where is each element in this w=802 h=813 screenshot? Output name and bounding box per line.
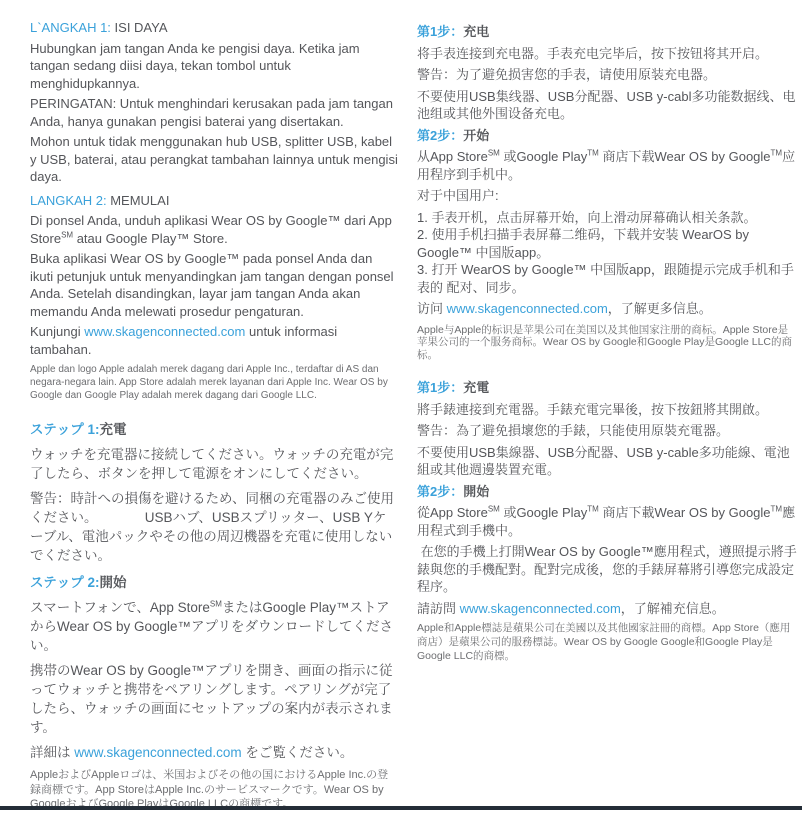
body-paragraph: 從App StoreSM 或Google PlayTM 商店下載Wear OS …: [417, 504, 797, 539]
section-japanese: ステップ 1:充電ウォッチを充電器に接続してください。ウォッチの充電が完了したら…: [30, 420, 398, 812]
body-paragraph: 对于中国用户:: [417, 187, 797, 205]
step-title: 開始: [99, 575, 126, 590]
text-run: atau Google Play™ Store.: [73, 231, 228, 246]
body-paragraph: 将手表连接到充电器。手表充电完毕后，按下按钮将其开启。: [417, 45, 797, 63]
website-link[interactable]: www.skagenconnected.com: [447, 301, 608, 316]
body-paragraph: ウォッチを充電器に接続してください。ウォッチの充電が完了したら、ボタンを押して電…: [30, 445, 398, 483]
trademark-superscript: TM: [587, 149, 599, 158]
step-title: MEMULAI: [110, 193, 169, 208]
body-paragraph: PERINGATAN: Untuk menghindari kerusakan …: [30, 95, 398, 130]
left-column: L`ANGKAH 1: ISI DAYAHubungkan jam tangan…: [30, 19, 398, 812]
step-label: 第1步：: [417, 24, 463, 39]
text-run: Apple与Apple的标识是苹果公司在美国以及其他国家注册的商标。Apple …: [417, 324, 792, 361]
section-indonesian: L`ANGKAH 1: ISI DAYAHubungkan jam tangan…: [30, 19, 398, 402]
step-heading: 第2步：开始: [417, 127, 797, 145]
text-run: Kunjungi: [30, 324, 84, 339]
body-paragraph: 从App StoreSM 或Google PlayTM 商店下载Wear OS …: [417, 148, 797, 183]
right-column: 第1步：充电将手表连接到充电器。手表充电完毕后，按下按钮将其开启。警告：为了避免…: [417, 19, 797, 663]
text-run: 警告：为了避免损害您的手表，请使用原装充电器。: [417, 67, 716, 82]
text-run: 請訪問: [417, 601, 460, 616]
legal-text: Apple dan logo Apple adalah merek dagang…: [30, 363, 398, 402]
body-paragraph: 將手錶連接到充電器。手錶充電完畢後，按下按鈕將其開啟。: [417, 401, 797, 419]
text-run: ウォッチを充電器に接続してください。ウォッチの充電が完了したら、ボタンを押して電…: [30, 447, 393, 481]
text-run: 不要使用USB集線器、USB分配器、USB y-cable多功能線、電池組或其他…: [417, 445, 790, 478]
step-title: 開始: [463, 484, 489, 499]
body-paragraph: 不要使用USB集線器、USB分配器、USB y-cable多功能線、電池組或其他…: [417, 444, 797, 479]
body-paragraph: 1. 手表开机，点击屏幕开始，向上滑动屏幕确认相关条款。 2. 使用手机扫描手表…: [417, 209, 797, 297]
text-run: ，了解更多信息。: [608, 301, 712, 316]
text-run: 将手表连接到充电器。手表充电完毕后，按下按钮将其开启。: [417, 46, 768, 61]
step-title: 开始: [463, 128, 489, 143]
body-paragraph: 請訪問 www.skagenconnected.com，了解補充信息。: [417, 600, 797, 618]
step-title: ISI DAYA: [115, 20, 168, 35]
text-run: Hubungkan jam tangan Anda ke pengisi day…: [30, 41, 363, 91]
step-heading: LANGKAH 2: MEMULAI: [30, 192, 398, 210]
step-label: 第2步：: [417, 484, 463, 499]
body-paragraph: 携帯のWear OS by Google™アプリを開き、画面の指示に従ってウォッ…: [30, 661, 398, 737]
step-label: ステップ 1:: [30, 422, 99, 437]
step-title: 充電: [463, 380, 489, 395]
text-run: 警告：為了避免損壞您的手錶，只能使用原裝充電器。: [417, 423, 729, 438]
text-run: 商店下载Wear OS by Google: [599, 149, 771, 164]
text-run: Buka aplikasi Wear OS by Google™ pada po…: [30, 251, 396, 319]
trademark-superscript: SM: [210, 600, 222, 609]
legal-text: Apple与Apple的标识是苹果公司在美国以及其他国家注册的商标。Apple …: [417, 324, 797, 362]
body-paragraph: 访问 www.skagenconnected.com，了解更多信息。: [417, 300, 797, 318]
step-heading: ステップ 1:充電: [30, 420, 398, 439]
legal-text: AppleおよびAppleロゴは、米国およびその他の国におけるApple Inc…: [30, 768, 398, 812]
trademark-superscript: TM: [587, 505, 599, 514]
step-heading: 第1步：充電: [417, 379, 797, 397]
step-heading: 第1步：充电: [417, 23, 797, 41]
body-paragraph: 警告：時計への損傷を避けるため、同梱の充電器のみご使用ください。 USBハブ、U…: [30, 489, 398, 565]
step-heading: L`ANGKAH 1: ISI DAYA: [30, 19, 398, 37]
text-run: 1. 手表开机，点击屏幕开始，向上滑动屏幕确认相关条款。 2. 使用手机扫描手表…: [417, 210, 794, 295]
trademark-superscript: TM: [771, 149, 783, 158]
page-bottom-bar: [0, 806, 802, 810]
step-label: L`ANGKAH 1:: [30, 20, 115, 35]
text-run: Apple和Apple標誌是蘋果公司在美國以及其他國家註冊的商標。App Sto…: [417, 622, 790, 662]
body-paragraph: Buka aplikasi Wear OS by Google™ pada po…: [30, 250, 398, 320]
section-traditional-chinese: 第1步：充電將手錶連接到充電器。手錶充電完畢後，按下按鈕將其開啟。警告：為了避免…: [417, 379, 797, 663]
text-run: 对于中国用户:: [417, 188, 499, 203]
step-label: 第2步：: [417, 128, 463, 143]
text-run: 在您的手機上打開Wear OS by Google™應用程式，遵照提示將手錶與您…: [417, 544, 797, 594]
text-run: 不要使用USB集线器、USB分配器、USB y-cabl多功能数据线、电池组或其…: [417, 89, 795, 122]
trademark-superscript: SM: [61, 230, 73, 239]
trademark-superscript: SM: [488, 505, 500, 514]
body-paragraph: スマートフォンで、App StoreSMまたはGoogle Play™ストアから…: [30, 598, 398, 655]
text-run: 或Google Play: [500, 149, 587, 164]
website-link[interactable]: www.skagenconnected.com: [84, 324, 245, 339]
website-link[interactable]: www.skagenconnected.com: [74, 745, 241, 760]
step-heading: ステップ 2:開始: [30, 573, 398, 592]
text-run: 或Google Play: [500, 505, 587, 520]
body-paragraph: Di ponsel Anda, unduh aplikasi Wear OS b…: [30, 212, 398, 247]
step-heading: 第2步：開始: [417, 483, 797, 501]
body-paragraph: 不要使用USB集线器、USB分配器、USB y-cabl多功能数据线、电池组或其…: [417, 88, 797, 123]
text-run: 警告：時計への損傷を避けるため、同梱の充電器のみご使用ください。 USBハブ、U…: [30, 491, 394, 563]
trademark-superscript: SM: [488, 149, 500, 158]
body-paragraph: Mohon untuk tidak menggunakan hub USB, s…: [30, 133, 398, 186]
step-label: LANGKAH 2:: [30, 193, 110, 208]
text-run: Mohon untuk tidak menggunakan hub USB, s…: [30, 134, 401, 184]
legal-text: Apple和Apple標誌是蘋果公司在美國以及其他國家註冊的商標。App Sto…: [417, 621, 797, 663]
section-simplified-chinese: 第1步：充电将手表连接到充电器。手表充电完毕后，按下按钮将其开启。警告：为了避免…: [417, 23, 797, 361]
body-paragraph: 警告：为了避免损害您的手表，请使用原装充电器。: [417, 66, 797, 84]
text-run: ，了解補充信息。: [621, 601, 725, 616]
text-run: 將手錶連接到充電器。手錶充電完畢後，按下按鈕將其開啟。: [417, 402, 768, 417]
text-run: 访问: [417, 301, 447, 316]
body-paragraph: 詳細は www.skagenconnected.com をご覧ください。: [30, 743, 398, 762]
body-paragraph: Hubungkan jam tangan Anda ke pengisi day…: [30, 40, 398, 93]
quick-start-guide-page: L`ANGKAH 1: ISI DAYAHubungkan jam tangan…: [0, 0, 802, 813]
text-run: をご覧ください。: [242, 745, 354, 760]
text-run: スマートフォンで、App Store: [30, 600, 210, 615]
step-label: 第1步：: [417, 380, 463, 395]
text-run: AppleおよびAppleロゴは、米国およびその他の国におけるApple Inc…: [30, 769, 388, 810]
step-title: 充電: [99, 422, 126, 437]
trademark-superscript: TM: [771, 505, 783, 514]
body-paragraph: 在您的手機上打開Wear OS by Google™應用程式，遵照提示將手錶與您…: [417, 543, 797, 596]
text-run: 携帯のWear OS by Google™アプリを開き、画面の指示に従ってウォッ…: [30, 663, 393, 735]
text-run: 商店下載Wear OS by Google: [599, 505, 771, 520]
text-run: 詳細は: [30, 745, 74, 760]
text-run: PERINGATAN: Untuk menghindari kerusakan …: [30, 96, 396, 129]
step-label: ステップ 2:: [30, 575, 99, 590]
website-link[interactable]: www.skagenconnected.com: [460, 601, 621, 616]
text-run: 從App Store: [417, 505, 488, 520]
body-paragraph: Kunjungi www.skagenconnected.com untuk i…: [30, 323, 398, 358]
text-run: 从App Store: [417, 149, 488, 164]
step-title: 充电: [463, 24, 489, 39]
body-paragraph: 警告：為了避免損壞您的手錶，只能使用原裝充電器。: [417, 422, 797, 440]
text-run: Apple dan logo Apple adalah merek dagang…: [30, 364, 391, 401]
